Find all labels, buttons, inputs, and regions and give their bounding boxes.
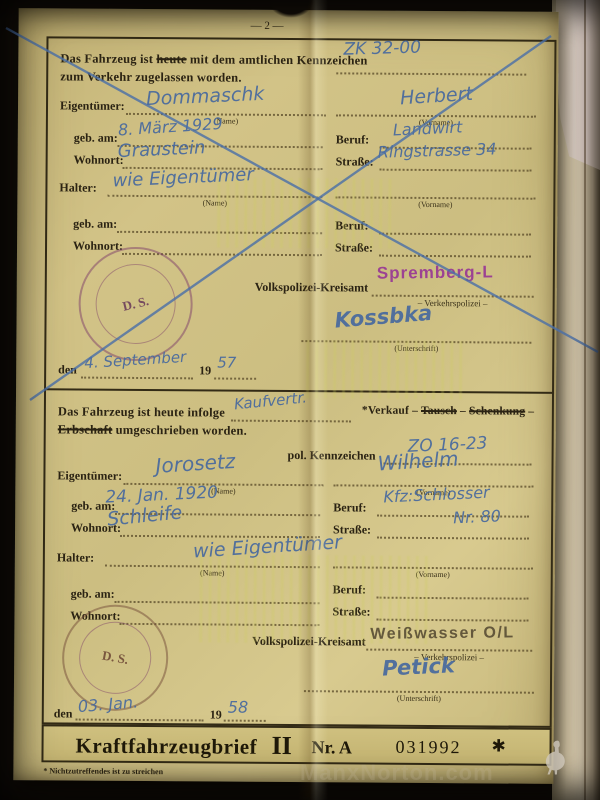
footer-nr-label: Nr. A <box>311 737 351 758</box>
guilloche-underprint <box>306 340 466 399</box>
footer-roman-numeral: II <box>271 731 291 761</box>
s2-intro-line2: Erbschaft umgeschrieben worden. <box>58 422 247 438</box>
s2-geb2-label: geb. am: <box>71 587 115 602</box>
top-binding-notch <box>268 0 314 18</box>
s1-halter-label: Halter: <box>59 180 96 195</box>
s2-seal-text: D. S. <box>101 648 130 668</box>
kraftfahrzeugbrief-page: — 2 — Das Fahrzeug ist heute mit dem amt… <box>13 8 558 784</box>
s1-seal-text: D. S. <box>121 293 150 315</box>
s2-gruende-line: *Verkauf – Tausch – Schenkung – <box>362 405 534 418</box>
s1-beruf-handwritten: Landwirt <box>392 117 462 139</box>
footer-asterisk: ✱ <box>491 736 505 756</box>
s1-jahr-prefix: 19 <box>199 363 211 378</box>
s1-strasse-label: Straße: <box>336 154 374 169</box>
s1-geb-label: geb. am: <box>74 131 118 146</box>
s2-eigentuemer-label: Eigentümer: <box>57 468 122 483</box>
footer-title: Kraftfahrzeugbrief <box>75 734 257 760</box>
s2-signature-handwritten: Petick <box>382 653 456 680</box>
s1-kreisamt-label: Volkspolizei-Kreisamt <box>255 280 368 296</box>
s2-struck-tausch: Tausch <box>421 405 457 417</box>
s2-office-stamp: Weißwasser O/L <box>370 624 514 644</box>
s2-jahr-prefix: 19 <box>210 707 222 722</box>
s2-struck-schenkung: Schenkung <box>469 405 525 417</box>
s1-geb2-label: geb. am: <box>73 217 117 232</box>
s1-beruf-label: Beruf: <box>336 132 369 147</box>
dotted-line <box>214 377 256 379</box>
photograph-of-document: — 2 — Das Fahrzeug ist heute mit dem amt… <box>0 0 600 800</box>
s1-struck-heute: heute <box>156 52 186 66</box>
s2-jahr-handwritten: 58 <box>228 698 248 717</box>
s1-intro-line1: Das Fahrzeug ist heute mit dem amtlichen… <box>60 51 367 68</box>
s2-dash2: – <box>528 406 534 418</box>
s1-den-label: den <box>58 362 77 377</box>
binding-seam <box>584 0 586 800</box>
footnote: * Nichtzutreffendes ist zu streichen <box>43 766 163 776</box>
emu-logo-icon <box>538 738 568 782</box>
s1-intro-line2: zum Verkehr zugelassen worden. <box>60 69 242 85</box>
s2-beruf-label: Beruf: <box>333 500 366 515</box>
s2-owner-vorname-handwritten: Wilhelm <box>377 446 459 475</box>
guilloche-underprint <box>217 178 392 249</box>
s2-dash1: – <box>460 405 466 417</box>
s2-den-label: den <box>54 706 73 721</box>
s2-strasse-handwritten: Nr. 80 <box>453 506 501 527</box>
s1-office-stamp: Spremberg-L <box>377 262 494 283</box>
s2-unterschrift-hint: (Unterschrift) <box>304 693 534 704</box>
s2-struck-erbschaft: Erbschaft <box>58 422 113 436</box>
s1-wohnort-label: Wohnort: <box>74 153 124 168</box>
dotted-line <box>224 720 266 722</box>
s1-intro-part2: mit dem amtlichen Kennzeichen <box>190 52 368 67</box>
s1-owner-vorname-handwritten: Herbert <box>399 83 473 110</box>
s2-halter-label: Halter: <box>57 550 94 565</box>
s2-pol-kennzeichen-label: pol. Kennzeichen <box>288 448 376 464</box>
footer-serial-number: 031992 <box>395 737 461 758</box>
page-number: — 2 — <box>251 20 284 32</box>
s1-jahr-handwritten: 57 <box>217 354 236 372</box>
s2-intro-part1: Das Fahrzeug ist heute infolge <box>58 404 225 420</box>
s1-kennzeichen-handwritten: ZK 32-00 <box>343 38 421 60</box>
s1-wohnort-handwritten: Graustein <box>117 137 206 162</box>
s2-verkauf: *Verkauf – <box>362 405 418 417</box>
watermark-text: ManxNorton.com <box>300 760 494 786</box>
s2-owner-name-handwritten: Jorosetz <box>155 449 236 478</box>
s1-eigentuemer-label: Eigentümer: <box>60 98 125 113</box>
s1-intro-part1: Das Fahrzeug ist <box>60 51 153 66</box>
s1-strasse-handwritten: Ringstrasse 34 <box>377 139 496 161</box>
s2-umgeschrieben: umgeschrieben worden. <box>116 423 247 438</box>
